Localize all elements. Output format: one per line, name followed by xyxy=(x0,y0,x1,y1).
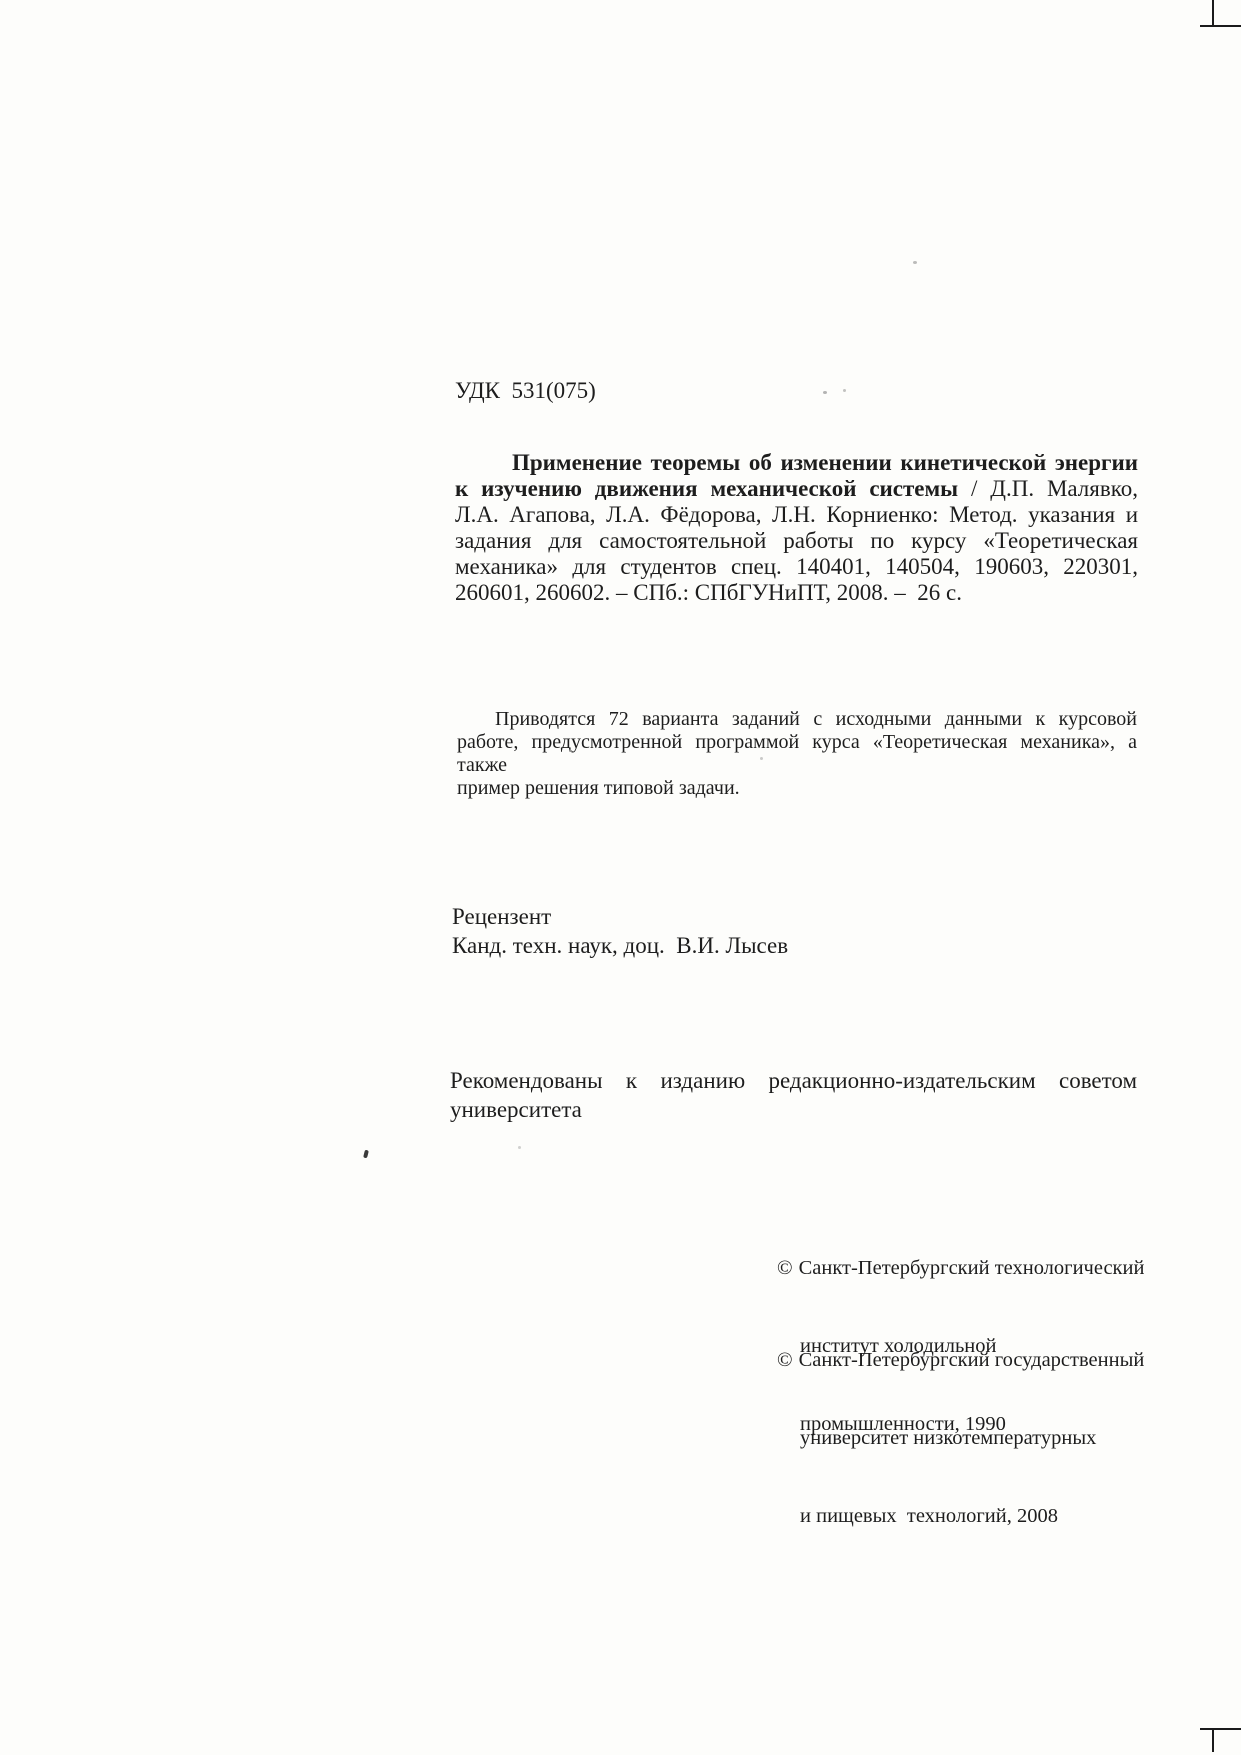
bib-line-3: Л.А. Агапова, Л.А. Фёдорова, Л.Н. Корние… xyxy=(455,502,1138,528)
copyright-block-2008: ©Санкт-Петербургский государственный уни… xyxy=(777,1295,1144,1581)
copyright-1990-owner: Санкт-Петербургский технологический xyxy=(799,1257,1145,1279)
scan-speck xyxy=(913,261,917,264)
recommendation-line-2: университета xyxy=(450,1095,1137,1124)
scan-speck xyxy=(823,391,827,394)
abstract-line-3: пример решения типовой задачи. xyxy=(457,777,1137,800)
abstract-paragraph: Приводятся 72 варианта заданий с исходны… xyxy=(457,708,1137,800)
scan-speck xyxy=(363,1150,369,1159)
copyright-symbol: © xyxy=(777,1257,793,1279)
copyright-1990-line-1: ©Санкт-Петербургский технологический xyxy=(777,1255,1144,1281)
bib-title-line-2-bold: к изучению движения механической системы xyxy=(455,476,958,501)
bib-line-6: 260601, 260602. – СПб.: СПбГУНиПТ, 2008.… xyxy=(455,580,1138,606)
bib-title-line-2: к изучению движения механической системы… xyxy=(455,476,1138,502)
recommendation-paragraph: Рекомендованы к изданию редакционно-изда… xyxy=(450,1066,1137,1124)
recommendation-line-1: Рекомендованы к изданию редакционно-изда… xyxy=(450,1066,1137,1095)
scanned-title-verso-page: УДК 531(075) Применение теоремы об измен… xyxy=(0,0,1241,1755)
bib-title-line-2-authors: / Д.П. Малявко, xyxy=(971,476,1138,501)
reviewer-name: Канд. техн. наук, доц. В.И. Лысев xyxy=(452,931,788,960)
scan-speck xyxy=(518,1146,521,1149)
crop-mark-top-right-horizontal xyxy=(1200,25,1241,27)
bib-title-line-1: Применение теоремы об изменении кинетиче… xyxy=(455,450,1138,476)
bibliographic-description: Применение теоремы об изменении кинетиче… xyxy=(455,450,1138,606)
udc-number: УДК 531(075) xyxy=(455,378,596,404)
abstract-line-2: работе, предусмотренной программой курса… xyxy=(457,731,1137,777)
crop-mark-bottom-right-horizontal xyxy=(1200,1728,1241,1730)
reviewer-block: Рецензент Канд. техн. наук, доц. В.И. Лы… xyxy=(452,902,788,960)
copyright-2008-owner: Санкт-Петербургский государственный xyxy=(799,1349,1145,1371)
bib-line-4: задания для самостоятельной работы по ку… xyxy=(455,528,1138,554)
reviewer-heading: Рецензент xyxy=(452,902,788,931)
crop-mark-bottom-right-vertical xyxy=(1212,1728,1214,1752)
copyright-symbol: © xyxy=(777,1349,793,1371)
bib-line-5: механика» для студентов спец. 140401, 14… xyxy=(455,554,1138,580)
crop-mark-top-right-vertical xyxy=(1212,0,1214,27)
scan-speck xyxy=(843,389,846,392)
abstract-line-1: Приводятся 72 варианта заданий с исходны… xyxy=(457,708,1137,731)
copyright-2008-line-2: университет низкотемпературных xyxy=(800,1425,1144,1451)
copyright-2008-line-1: ©Санкт-Петербургский государственный xyxy=(777,1347,1144,1373)
copyright-2008-line-3: и пищевых технологий, 2008 xyxy=(800,1503,1144,1529)
